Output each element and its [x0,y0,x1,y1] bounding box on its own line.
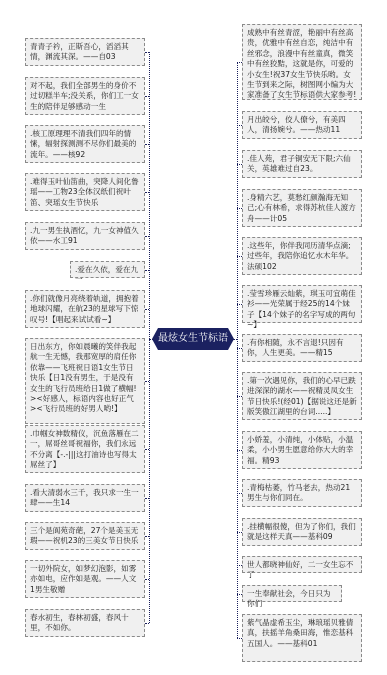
left-branch-node[interactable]: .巾帼女神数精仪，沉鱼落雁在二一，屌哥丝哥祝福你，我们永远不分离【-.-|||这… [25,425,145,473]
right-branch-node[interactable]: 紫气晶虚希玉尘，琳琅瑶贝雅倩真，扶摇羊角桑田海，惟恋基科五国人。——基科01 [242,614,362,662]
right-branch-node[interactable]: 成熟中有丝青涩，艳丽中有丝高贵，优雅中有丝自恋，纯洁中有丝邪念，浪漫中有丝童真，… [242,24,362,100]
right-branch-node[interactable]: .有你相随，永不言退!只因有你，人生更美。——精15 [242,334,362,362]
right-branch-node[interactable]: .这些年，你伴我同历清华点滴;过些年，我陪你追忆水木年华。法硕102 [242,237,362,275]
left-branch-node[interactable]: 青青子衿，正斯吾心，滔滔其情，渊流其深。——自03 [25,38,145,66]
left-branch-node[interactable]: .爱在久依，爱在九一 [70,261,145,278]
right-branch-node[interactable]: .身精六艺，莫愁红颜瀚海无知己;心有林希，求得苏杭佳人渡方舟——计05 [242,189,362,227]
left-branch-node[interactable]: 三个是阆苑奇葩，27个是美玉无瑕——祝机23的三美女节日快乐 [25,522,145,550]
connector-line [237,638,242,639]
right-branch-node[interactable]: 世人都晓神仙好，二一女生忘不了 [242,556,362,573]
left-branch-node[interactable]: 日出东方，你如晨曦的笑伴我起航一生无憾，我那宽厚的肩任你依靠——飞班祝日语1女生… [25,338,145,424]
left-branch-node[interactable]: .看大清弱水三千，我只求一生一肆——生14 [25,484,145,512]
left-trunk-line [149,52,150,623]
left-branch-node[interactable]: 一切外院女，如梦幻泡影，如雾亦如电，应作如是观。——人文1男生敬赠 [25,560,145,598]
left-branch-node[interactable]: 对不起，我们全部男生的身价不过切糕半车;没关系，你们工一女生的陪伴足够感动一生 [25,77,145,115]
connector-line [145,623,149,624]
right-branch-node[interactable]: 一生奉献社会，今日只为你们 [242,585,342,602]
right-branch-node[interactable]: 月出皎兮，佼人僚兮，有美四人，清扬婉兮。——热动11 [242,111,362,139]
right-branch-node[interactable]: .莹雪珍雁云灿紫，琪玉可宜萌佳衫——光荣属于经25的14个妹子【14个妹子的名字… [242,285,362,323]
root-left-connector [149,339,153,340]
right-trunk-line [237,62,238,638]
left-branch-node[interactable]: 春水初生，春林初盛，春风十里，不如你。 [25,609,145,637]
right-branch-node[interactable]: 小娇羞，小清纯，小体贴，小温柔，小小男生愿意给你大大的幸福。精93 [242,431,362,469]
root-node[interactable]: 最炫女生节标语 [152,328,234,350]
right-branch-node[interactable]: .佳人苑，君子铜安无下限;六仙关，英雄难过自23。 [242,150,362,178]
root-right-connector [233,339,237,340]
right-branch-node[interactable]: .第一次遇见你，我们的心早已跌进深深的湖水——祝精灵凤女生节日快乐!(经01)【… [242,372,362,420]
left-branch-node[interactable]: .九一男生执酒忆，九一女神值久依——水工91 [25,222,145,250]
right-branch-node[interactable]: .青梅枯萎，竹马老去，热动21男生与你们同在。 [242,479,362,507]
right-branch-node[interactable]: .挂横幅很傻，但为了你们，我们就是这样天真——基科09 [242,518,362,546]
left-branch-node[interactable]: .你们就像月亮绕着轨道，拥抱着地球闪耀，在航23的星球写下惊叹号!【唱起来试试看… [25,290,145,328]
left-branch-node[interactable]: .难得玉叶仙笛曲，突降人间化鲁瑶——工物23全体汉纸们祝叶笛、突瑶女生节快乐 [25,173,145,211]
left-branch-node[interactable]: .核工原理理不清我们四年的情愫，辐射探测测不尽你们最美的流年。——核92 [25,125,145,163]
